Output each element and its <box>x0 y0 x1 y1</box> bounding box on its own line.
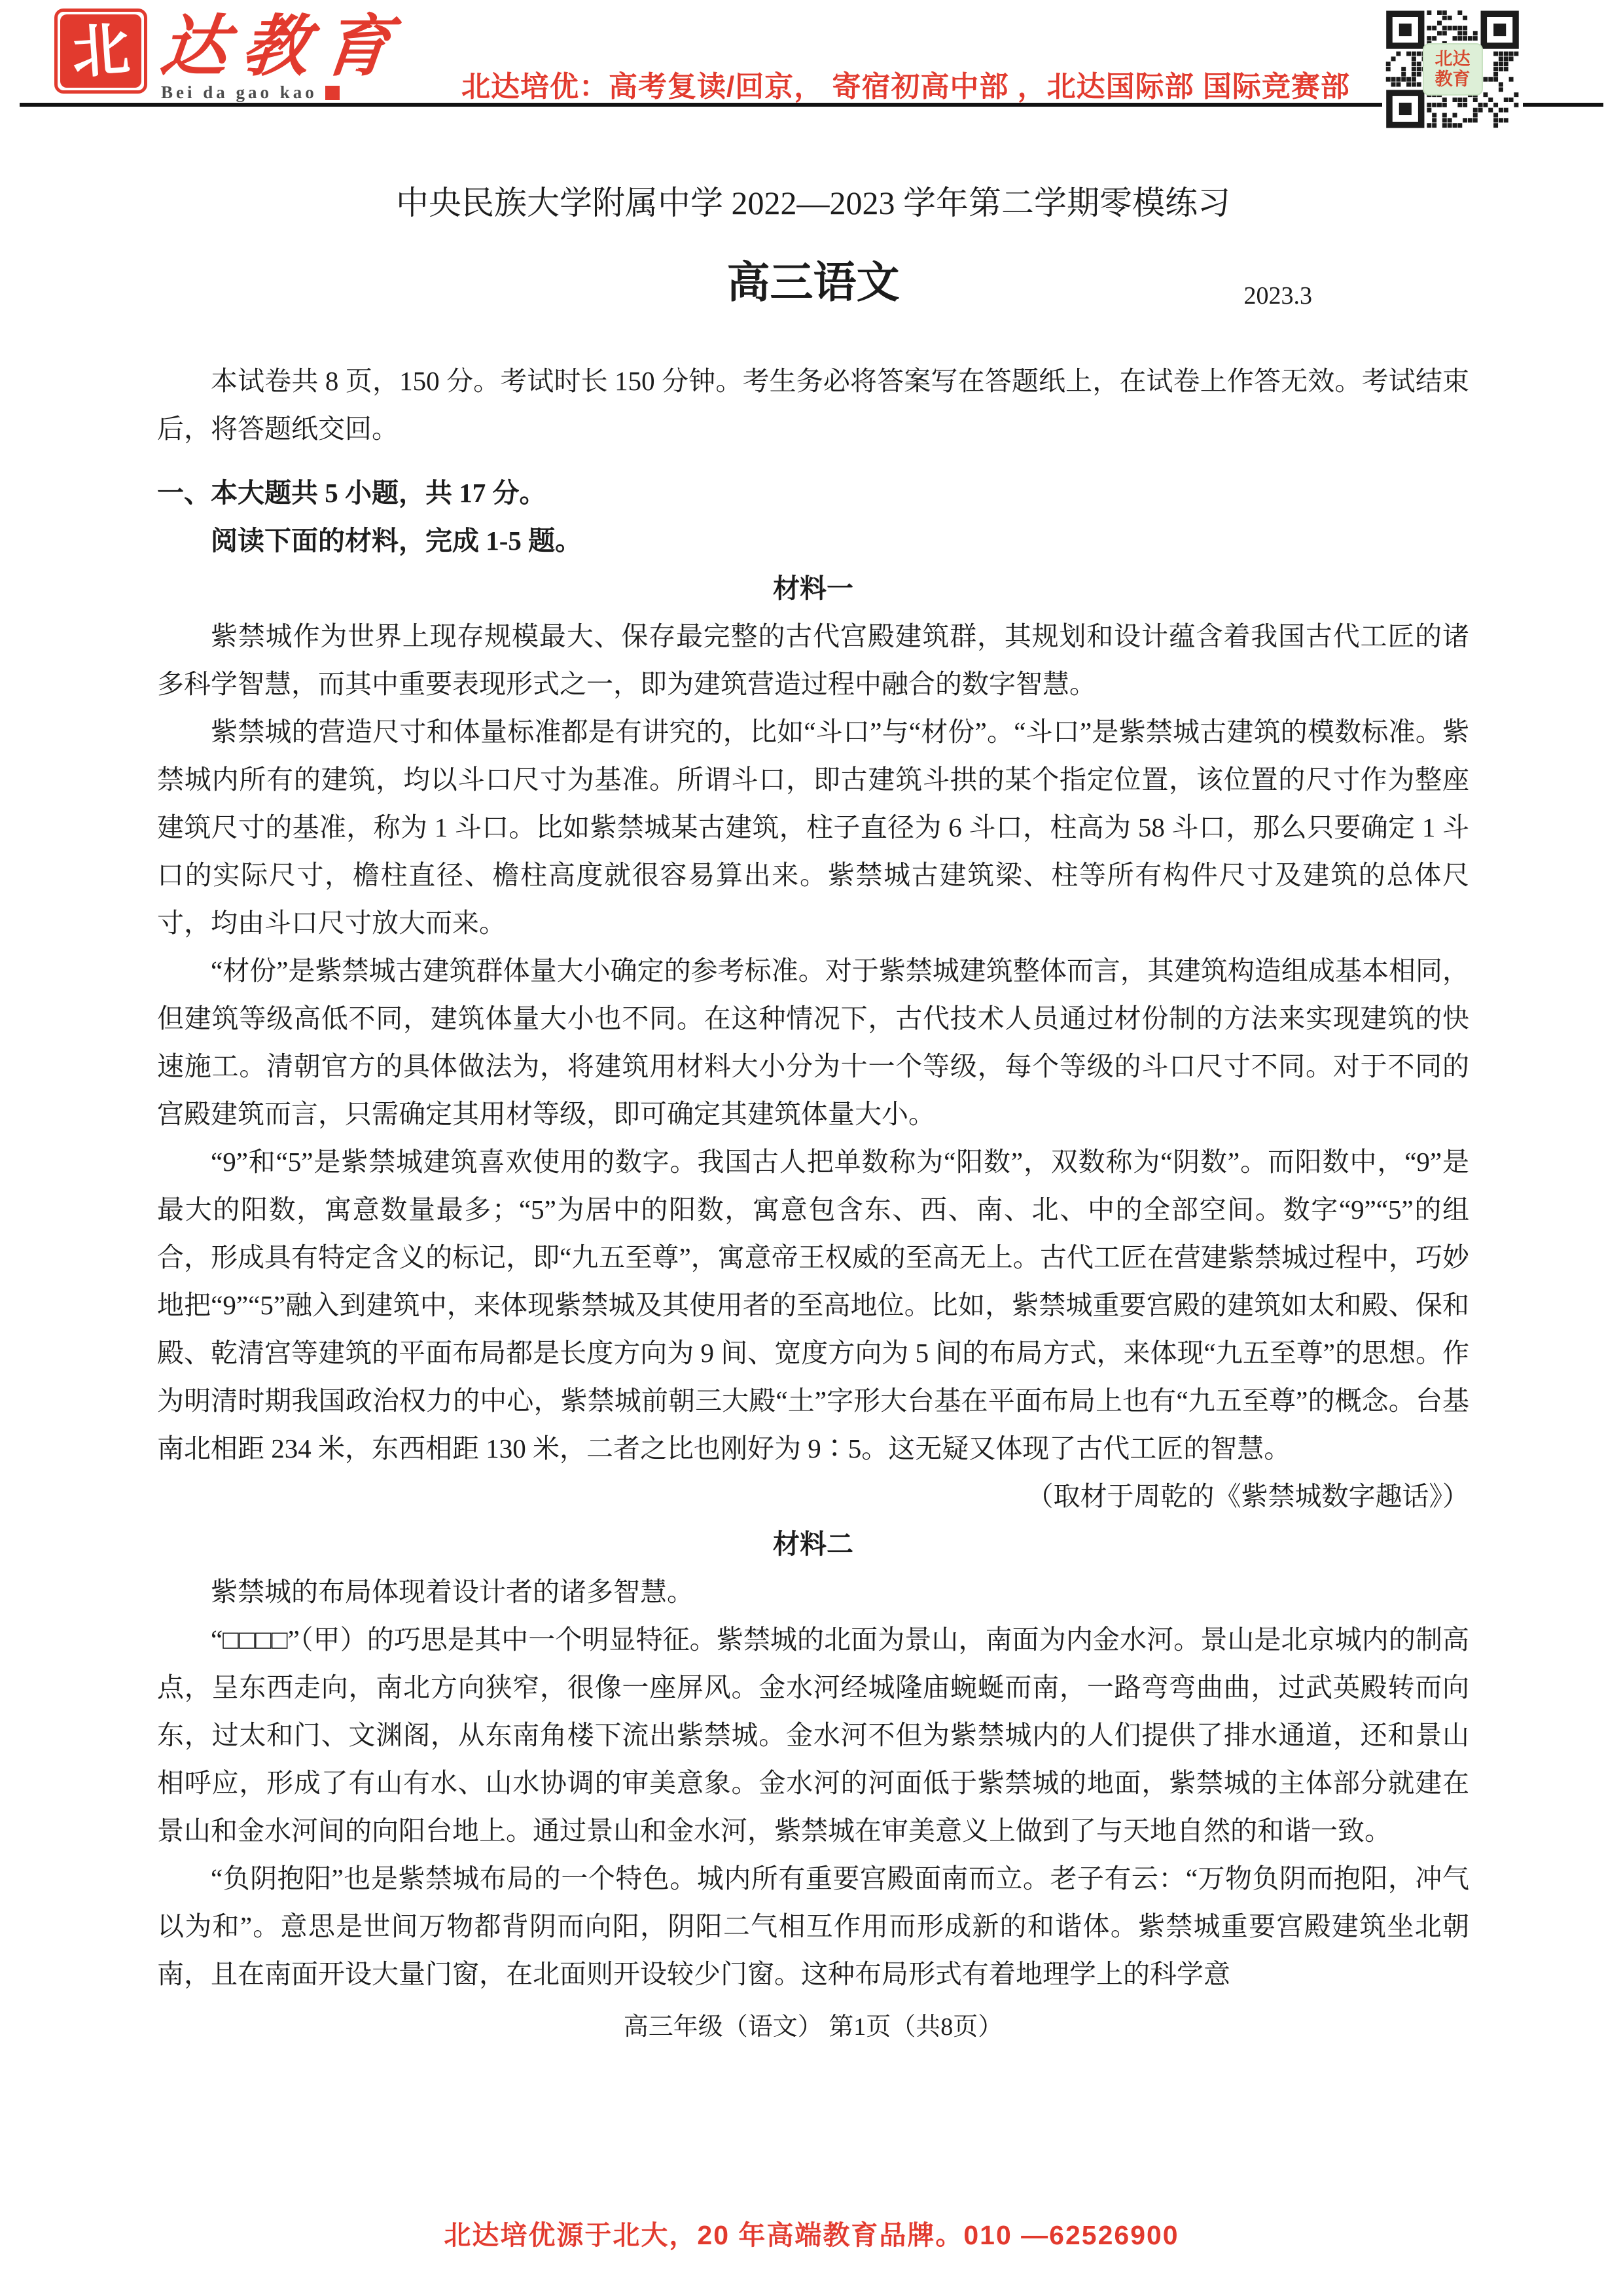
material-1-paragraph-4: “9”和“5”是紫禁城建筑喜欢使用的数字。我国古人把单数称为“阳数”，双数称为“… <box>157 1138 1469 1473</box>
qr-code: 北达 教育 <box>1382 10 1523 128</box>
brand-logo-text: 达教育 Bei da gao kao <box>161 14 404 103</box>
material-1-attribution: （取材于周乾的《紫禁城数字趣话》） <box>157 1473 1469 1520</box>
material-2-title: 材料二 <box>157 1520 1469 1568</box>
exam-body: 中央民族大学附属中学 2022—2023 学年第二学期零模练习 高三语文 202… <box>0 183 1623 2047</box>
brand-subtext: Bei da gao kao <box>161 82 404 103</box>
seal-character: 北 <box>70 20 132 82</box>
material-1-paragraph-2: 紫禁城的营造尺寸和体量标准都是有讲究的，比如“斗口”与“材份”。“斗口”是紫禁城… <box>157 708 1469 947</box>
material-1-title: 材料一 <box>157 565 1469 613</box>
material-2-paragraph-3: “负阴抱阳”也是紫禁城布局的一个特色。城内所有重要宫殿面南而立。老子有云：“万物… <box>157 1855 1469 1998</box>
brand-subtext-label: Bei da gao kao <box>161 82 317 103</box>
red-square-icon <box>325 86 340 100</box>
material-1-paragraph-3: “材份”是紫禁城古建筑群体量大小确定的参考标准。对于紫禁城建筑整体而言，其建筑构… <box>157 947 1469 1138</box>
brand-seal-icon: 北 <box>60 14 141 88</box>
page-number: 高三年级（语文） 第1页（共8页） <box>157 2007 1469 2047</box>
brand-logo: 北 达教育 Bei da gao kao <box>60 14 404 103</box>
qr-center-label: 北达 教育 <box>1423 43 1483 96</box>
masthead: 北 达教育 Bei da gao kao 北达培优：高考复读/回京， 寄宿初高中… <box>0 0 1623 105</box>
header-tagline: 北达培优：高考复读/回京， 寄宿初高中部 ，北达国际部 国际竞赛部 <box>461 63 1371 105</box>
exam-subject: 高三语文 <box>727 255 900 312</box>
exam-date: 2023.3 <box>1244 281 1313 310</box>
material-2-paragraph-2: “□□□□”（甲）的巧思是其中一个明显特征。紫禁城的北面为景山，南面为内金水河。… <box>157 1616 1469 1855</box>
header-divider <box>20 103 1603 107</box>
material-1-paragraph-1: 紫禁城作为世界上现存规模最大、保存最完整的古代宫殿建筑群，其规划和设计蕴含着我国… <box>157 613 1469 708</box>
exam-instructions: 本试卷共 8 页，150 分。考试时长 150 分钟。考生务必将答案写在答题纸上… <box>157 357 1469 453</box>
footer-banner: 北达培优源于北大，20 年高端教育品牌。010 —62526900 <box>0 2214 1623 2252</box>
exam-page: 北 达教育 Bei da gao kao 北达培优：高考复读/回京， 寄宿初高中… <box>0 0 1623 2047</box>
section-1-heading: 一、本大题共 5 小题，共 17 分。 <box>157 469 1469 517</box>
qr-label-line2: 教育 <box>1435 69 1471 90</box>
exam-title: 中央民族大学附属中学 2022—2023 学年第二学期零模练习 <box>157 183 1469 223</box>
section-1-instruction: 阅读下面的材料，完成 1-5 题。 <box>157 517 1469 565</box>
subject-row: 高三语文 2023.3 <box>157 255 1469 312</box>
brand-name: 达教育 <box>158 14 408 81</box>
material-2-paragraph-1: 紫禁城的布局体现着设计者的诸多智慧。 <box>157 1568 1469 1616</box>
qr-label-line1: 北达 <box>1435 49 1471 69</box>
